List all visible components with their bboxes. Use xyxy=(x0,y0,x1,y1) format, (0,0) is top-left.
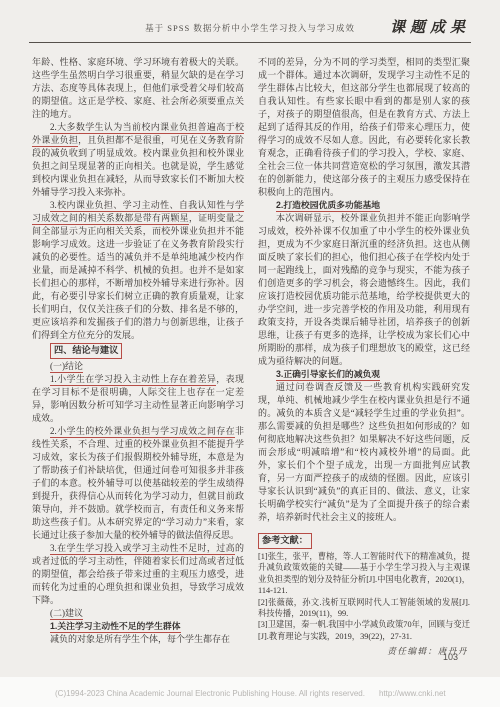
left-column: 年龄、性格、家庭环境、学习环境有着极大的关联。这些学生虽然明白学习很重要，稍显欠… xyxy=(32,56,244,658)
reference-item: [2]张薇薇，孙文.浅析互联网时代人工智能领域的发展[J].科技传播，2019(… xyxy=(258,597,470,620)
body-text: 减负的对象是所有学生个体，每个学生都存在 xyxy=(50,634,230,644)
scanned-journal-page: 基于 SPSS 数据分析中小学生学习投入与学习成效 课题成果 年龄、性格、家庭环… xyxy=(0,0,500,707)
responsible-editor-line: 责任编辑：唐丹丹 xyxy=(258,645,468,658)
references-heading-wrap: 参考文献： xyxy=(258,533,470,549)
body-paragraph: 3.在学生学习投入或学习主动性不足时，过高的或者过低的学习主动性，伴随着家长们过… xyxy=(32,542,244,607)
references-heading-red-box: 参考文献： xyxy=(258,533,312,549)
reference-item: [3]卫建国，秦一帆.我国中小学减负政策70年，回顾与变迁[J].教育理论与实践… xyxy=(258,619,470,642)
subheading-text: (二)建议 xyxy=(50,608,83,620)
body-paragraph: 3.校内课业负担、学习主动性、自我认知性与学习成效之间的相关系数都是带有两颗星，… xyxy=(32,199,244,342)
copyright-text: (C)1994-2023 China Academic Journal Elec… xyxy=(55,689,365,698)
body-text: 年龄、性格、家庭环境、学习环境有着极大的关联。这些学生虽然明白学习很重要，稍显欠… xyxy=(32,57,244,119)
body-text: 不同的差异，分为不同的学习类型，相同的类型汇聚成一个群体。通过本次调研，发现学习… xyxy=(258,57,470,197)
body-paragraph: 2.小学生的校外课业负担与学习成效之间存在非线性关系，不合理、过重的校外课业负担… xyxy=(32,425,244,542)
right-column: 不同的差异，分为不同的学习类型，相同的类型汇聚成一个群体。通过本次调研，发现学习… xyxy=(258,56,470,658)
body-paragraph: 1.小学生在学习投入主动性上存在着差异，表现在学习目标不是很明确，人际交往上也存… xyxy=(32,373,244,425)
section-heading-wrap: 四、结论与建议 xyxy=(32,343,244,359)
body-text: [3]卫建国，秦一帆.我国中小学减负政策70年，回顾与变迁[J].教育理论与实践… xyxy=(258,620,470,640)
subheading-line: 3.正确引导家长们的减负观 xyxy=(258,368,470,381)
subheading-line: 2.打造校园优质多功能基地 xyxy=(258,199,470,212)
body-paragraph: 减负的对象是所有学生个体，每个学生都存在 xyxy=(32,633,244,646)
body-paragraph: 不同的差异，分为不同的学习类型，相同的类型汇聚成一个群体。通过本次调研，发现学习… xyxy=(258,56,470,199)
body-text: ，证明变量之间全部显示为正向相关关系，而校外课业负担并不能影响学习成效。这进一步… xyxy=(32,213,244,340)
subheading-line: (一)结论 xyxy=(32,360,244,373)
red-underlined-text: 2.小学生的校外课业负担与学习成效之间存在 xyxy=(50,426,235,438)
body-paragraph: 本次调研显示，校外课业负担并不能正向影响学习成效，校外补课不仅加重了中小学生的校… xyxy=(258,212,470,368)
subheading-text: 2.打造校园优质多功能基地 xyxy=(276,200,380,212)
subheading-text: 1.关注学习主动性不足的学生群体 xyxy=(50,621,181,633)
copyright-watermark: (C)1994-2023 China Academic Journal Elec… xyxy=(55,689,446,698)
red-underlined-text: 1.小学生在学习投入主动性上存在着差异 xyxy=(50,374,216,386)
header-divider-rule xyxy=(29,42,471,43)
cnki-url: http://www.cnki.net xyxy=(379,689,446,698)
body-paragraph: 年龄、性格、家庭环境、学习环境有着极大的关联。这些学生虽然明白学习很重要，稍显欠… xyxy=(32,56,244,121)
section-heading-red-box: 四、结论与建议 xyxy=(50,343,122,359)
body-text: [1]张生，张平，曹榕，等.人工智能时代下的精准减负，提升减负政策效能的关键——… xyxy=(258,552,470,595)
journal-section-mark: 课题成果 xyxy=(390,16,470,37)
subheading-line: 1.关注学习主动性不足的学生群体 xyxy=(32,620,244,633)
body-paragraph: 通过问卷调查反馈及一些教育机构实践研究发现，单纯、机械地减少学生在校内课业负担是… xyxy=(258,381,470,524)
body-paragraph: 2.大多数学生认为当前校内课业负担普遍高于校外课业负担，且负担都不是很重，可见在… xyxy=(32,121,244,199)
footer-watermark-strip: (C)1994-2023 China Academic Journal Elec… xyxy=(0,677,500,707)
subheading-line: (二)建议 xyxy=(32,607,244,620)
body-text: 非线性关系，不合理、过重的校外课业负担不能提升学习成效，家长为孩子们报假期校外辅… xyxy=(32,426,244,540)
red-underlined-text: 3.在学生学习投入或学习主动性不足时，过高 xyxy=(50,543,235,555)
body-text: [2]张薇薇，孙文.浅析互联网时代人工智能领域的发展[J].科技传播，2019(… xyxy=(258,598,470,618)
body-text: 通过问卷调查反馈及一些教育机构实践研究发现，单纯、机械地减少学生在校内课业负担是… xyxy=(258,382,470,522)
subheading-text: (一)结论 xyxy=(50,361,83,373)
subheading-text: 3.正确引导家长们的减负观 xyxy=(276,369,380,381)
body-text: 本次调研显示，校外课业负担并不能正向影响学习成效，校外补课不仅加重了中小学生的校… xyxy=(258,213,470,366)
reference-item: [1]张生，张平，曹榕，等.人工智能时代下的精准减负，提升减负政策效能的关键——… xyxy=(258,551,470,597)
two-column-body: 年龄、性格、家庭环境、学习环境有着极大的关联。这些学生虽然明白学习很重要，稍显欠… xyxy=(32,56,470,658)
page-number: 103 xyxy=(443,652,458,662)
